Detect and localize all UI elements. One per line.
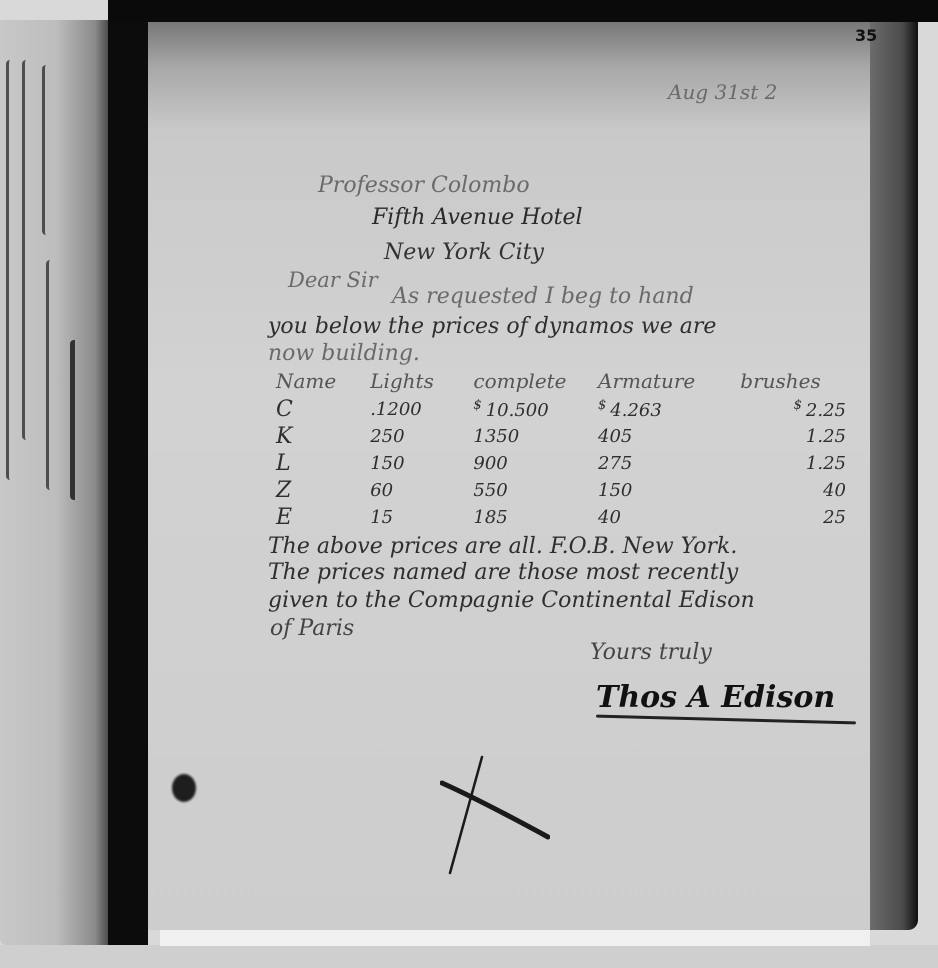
facing-page-handwriting — [42, 65, 53, 235]
salutation: Dear Sir — [288, 268, 378, 292]
dynamo-name: E — [268, 504, 370, 531]
table-row: Z 60 550 150 40 — [268, 477, 868, 504]
closing-line: given to the Compagnie Continental Ediso… — [268, 588, 755, 613]
brushes-price-cell: $2.25 — [740, 396, 868, 423]
armature-price: 405 — [598, 423, 740, 450]
armature-price: 40 — [598, 504, 740, 531]
dynamo-name: C — [268, 396, 370, 423]
lights-value: 60 — [370, 477, 473, 504]
armature-price: 4.263 — [610, 400, 662, 421]
dollar-sign: $ — [794, 398, 802, 413]
closing-line: The prices named are those most recently — [268, 560, 738, 585]
complete-price-cell: $10.500 — [473, 396, 598, 423]
lights-value: 150 — [370, 450, 473, 477]
table-row: E 15 185 40 25 — [268, 504, 868, 531]
lights-value: 15 — [370, 504, 473, 531]
folio-number: 35 — [855, 26, 877, 45]
lights-value: 250 — [370, 423, 473, 450]
closing-line: of Paris — [270, 616, 354, 641]
complete-price: 1350 — [473, 423, 598, 450]
recipient-name: Professor Colombo — [318, 173, 530, 198]
brushes-price: 1.25 — [740, 450, 868, 477]
facing-page-handwriting — [46, 260, 57, 490]
dollar-sign: $ — [598, 398, 606, 413]
page-stack-edge — [868, 22, 918, 930]
complete-price: 10.500 — [486, 400, 549, 421]
complete-price: 550 — [473, 477, 598, 504]
body-line: now building. — [268, 341, 420, 366]
cross-mark-icon — [440, 755, 550, 875]
recipient-address-line-2: New York City — [384, 240, 544, 265]
recipient-address-line-1: Fifth Avenue Hotel — [372, 205, 583, 230]
armature-price: 275 — [598, 450, 740, 477]
body-line: As requested I beg to hand — [392, 284, 694, 309]
dynamo-name: L — [268, 450, 370, 477]
signature: Thos A Edison — [596, 680, 835, 715]
column-header-brushes: brushes — [740, 368, 868, 396]
brushes-price: 25 — [740, 504, 868, 531]
facing-page-handwriting — [22, 60, 33, 440]
complete-price: 900 — [473, 450, 598, 477]
dynamo-price-table: Name Lights complete Armature brushes C … — [268, 368, 868, 531]
table-header-row: Name Lights complete Armature brushes — [268, 368, 868, 396]
dynamo-name: K — [268, 423, 370, 450]
closing-line: The above prices are all. F.O.B. New Yor… — [268, 534, 737, 559]
brushes-price: 1.25 — [740, 423, 868, 450]
binding-gutter — [108, 0, 148, 945]
lights-value: .1200 — [370, 396, 473, 423]
column-header-complete: complete — [473, 368, 598, 396]
ink-blot — [172, 774, 196, 802]
column-header-name: Name — [268, 368, 370, 396]
brushes-price: 2.25 — [806, 400, 846, 421]
complete-price: 185 — [473, 504, 598, 531]
page-bottom-edge — [160, 930, 870, 946]
facing-page-handwriting — [70, 340, 83, 500]
background-surface — [0, 945, 938, 968]
armature-price: 150 — [598, 477, 740, 504]
facing-page-handwriting — [6, 60, 17, 480]
armature-price-cell: $4.263 — [598, 396, 740, 423]
table-row: K 250 1350 405 1.25 — [268, 423, 868, 450]
column-header-lights: Lights — [370, 368, 473, 396]
body-line: you below the prices of dynamos we are — [268, 314, 716, 339]
brushes-price: 40 — [740, 477, 868, 504]
table-row: C .1200 $10.500 $4.263 $2.25 — [268, 396, 868, 423]
top-shadow — [108, 0, 938, 22]
table-row: L 150 900 275 1.25 — [268, 450, 868, 477]
dynamo-name: Z — [268, 477, 370, 504]
dollar-sign: $ — [473, 398, 481, 413]
valediction: Yours truly — [590, 640, 712, 665]
letter-date: Aug 31st 2 — [668, 80, 777, 104]
column-header-armature: Armature — [598, 368, 740, 396]
facing-page-left — [0, 20, 112, 945]
